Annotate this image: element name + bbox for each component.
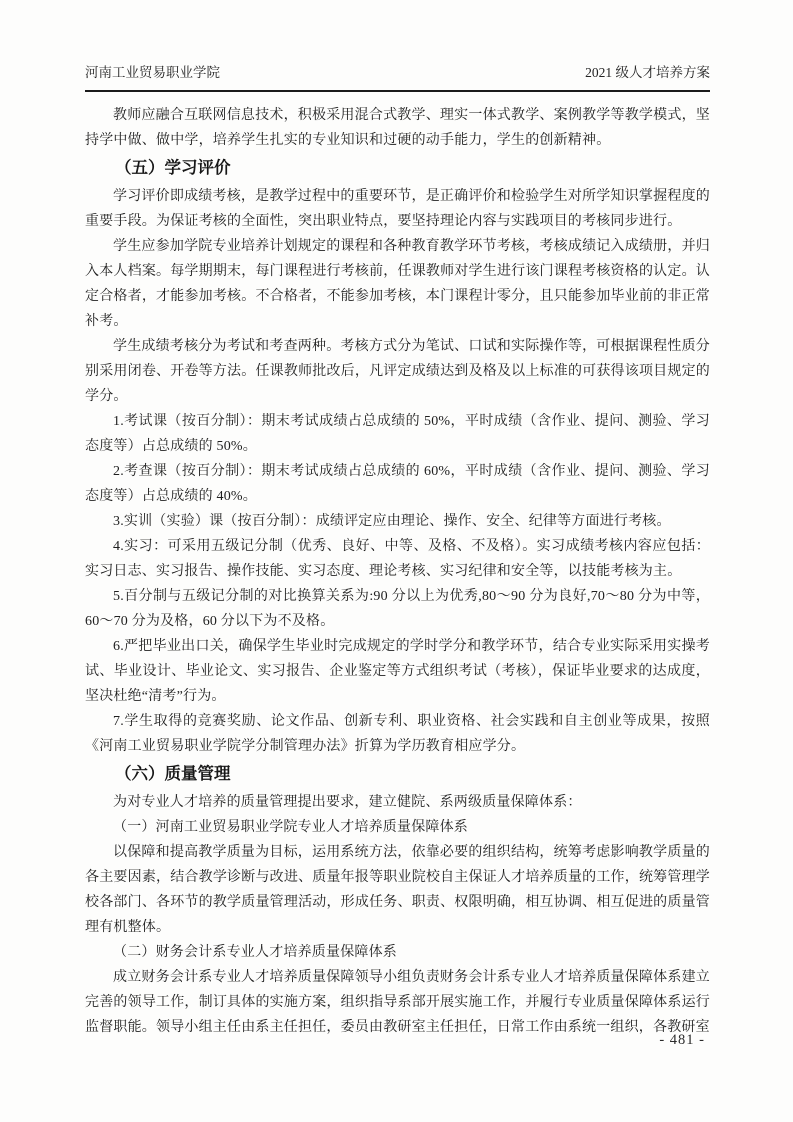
numbered-item-2: 2.考查课（按百分制）：期末考试成绩占总成绩的 60%，平时成绩（含作业、提问、… bbox=[85, 459, 710, 509]
numbered-item-3: 3.实训（实验）课（按百分制）：成绩评定应由理论、操作、安全、纪律等方面进行考核… bbox=[85, 509, 710, 534]
header-school-name: 河南工业贸易职业学院 bbox=[85, 64, 220, 82]
sub-heading-2: （二）财务会计系专业人才培养质量保障体系 bbox=[85, 940, 710, 965]
body-paragraph: 为对专业人才培养的质量管理提出要求，建立健院、系两级质量保障体系： bbox=[85, 790, 710, 815]
body-paragraph: 成立财务会计系专业人才培养质量保障领导小组负责财务会计系专业人才培养质量保障体系… bbox=[85, 965, 710, 1040]
numbered-item-4: 4.实习：可采用五级记分制（优秀、良好、中等、及格、不及格）。实习成绩考核内容应… bbox=[85, 534, 710, 584]
sub-heading-1: （一）河南工业贸易职业学院专业人才培养质量保障体系 bbox=[85, 815, 710, 840]
numbered-item-5: 5.百分制与五级记分制的对比换算关系为:90 分以上为优秀,80～90 分为良好… bbox=[85, 584, 710, 634]
document-body: 教师应融合互联网信息技术，积极采用混合式教学、理实一体式教学、案例教学等教学模式… bbox=[85, 103, 710, 1040]
page-number: - 481 - bbox=[659, 1032, 705, 1048]
document-page: 河南工业贸易职业学院 2021 级人才培养方案 教师应融合互联网信息技术，积极采… bbox=[0, 0, 793, 1122]
numbered-item-1: 1.考试课（按百分制）：期末考试成绩占总成绩的 50%，平时成绩（含作业、提问、… bbox=[85, 409, 710, 459]
body-paragraph: 教师应融合互联网信息技术，积极采用混合式教学、理实一体式教学、案例教学等教学模式… bbox=[85, 103, 710, 153]
body-paragraph: 学生应参加学院专业培养计划规定的课程和各种教育教学环节考核，考核成绩记入成绩册，… bbox=[85, 234, 710, 334]
page-header: 河南工业贸易职业学院 2021 级人才培养方案 bbox=[85, 64, 710, 92]
numbered-item-7: 7.学生取得的竞赛奖励、论文作品、创新专利、职业资格、社会实践和自主创业等成果，… bbox=[85, 709, 710, 759]
numbered-item-6: 6.严把毕业出口关，确保学生毕业时完成规定的学时学分和教学环节，结合专业实际采用… bbox=[85, 634, 710, 709]
page-footer: - 481 - bbox=[659, 1032, 705, 1049]
header-plan-title: 2021 级人才培养方案 bbox=[585, 64, 710, 82]
section-heading-6: （六）质量管理 bbox=[85, 762, 710, 787]
section-heading-5: （五）学习评价 bbox=[85, 156, 710, 181]
body-paragraph: 学生成绩考核分为考试和考查两种。考核方式分为笔试、口试和实际操作等，可根据课程性… bbox=[85, 334, 710, 409]
body-paragraph: 学习评价即成绩考核，是教学过程中的重要环节，是正确评价和检验学生对所学知识掌握程… bbox=[85, 184, 710, 234]
body-paragraph: 以保障和提高教学质量为目标，运用系统方法，依靠必要的组织结构，统筹考虑影响教学质… bbox=[85, 840, 710, 940]
